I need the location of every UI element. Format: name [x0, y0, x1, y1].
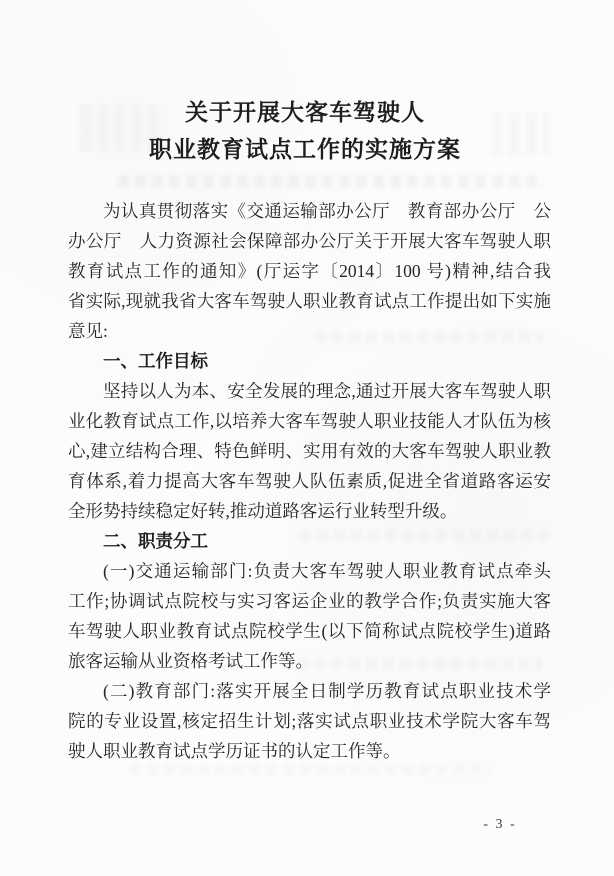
paragraph-line: 业化教育试点工作,以培养大客车驾驶人职业技能人才队伍为核: [68, 406, 551, 436]
paragraph-line: (一)交通运输部门:负责大客车驾驶人职业教育试点牵头: [68, 556, 551, 586]
paragraph-line: 教育试点工作的通知》(厅运字〔2014〕100 号)精神,结合我: [68, 256, 551, 286]
document-title-line: 职业教育试点工作的实施方案: [64, 131, 546, 168]
scan-artifact: [118, 175, 544, 188]
paragraph-line: 省实际,现就我省大客车驾驶人职业教育试点工作提出如下实施: [68, 286, 551, 316]
paragraph-line: 旅客运输从业资格考试工作等。: [68, 646, 551, 676]
paragraph-line: 驶人职业教育试点学历证书的认定工作等。: [68, 736, 551, 766]
paragraph-line: 心,建立结构合理、特色鲜明、实用有效的大客车驾驶人职业教: [68, 436, 551, 466]
paragraph-line: 工作;协调试点院校与实习客运企业的教学合作;负责实施大客: [68, 586, 551, 616]
paragraph-line: 办公厅 人力资源社会保障部办公厅关于开展大客车驾驶人职业: [68, 226, 551, 256]
document-title: 关于开展大客车驾驶人 职业教育试点工作的实施方案: [64, 94, 546, 168]
scanned-page: 关于开展大客车驾驶人 职业教育试点工作的实施方案 为认真贯彻落实《交通运输部办公…: [0, 0, 614, 876]
paragraph-line: 院的专业设置,核定招生计划;落实试点职业技术学院大客车驾: [68, 706, 551, 736]
paragraph-line: 坚持以人为本、安全发展的理念,通过开展大客车驾驶人职: [68, 376, 551, 406]
section-heading: 一、工作目标: [68, 346, 551, 376]
page-number: - 3 -: [458, 817, 542, 833]
section-heading: 二、职责分工: [68, 526, 551, 556]
document-body: 为认真贯彻落实《交通运输部办公厅 教育部办公厅 公安部 办公厅 人力资源社会保障…: [68, 196, 551, 766]
paragraph-line: 车驾驶人职业教育试点院校学生(以下简称试点院校学生)道路: [68, 616, 551, 646]
paragraph-line: (二)教育部门:落实开展全日制学历教育试点职业技术学: [68, 676, 551, 706]
document-title-line: 关于开展大客车驾驶人: [64, 94, 546, 131]
paragraph-line: 全形势持续稳定好转,推动道路客运行业转型升级。: [68, 496, 551, 526]
paragraph-line: 育体系,着力提高大客车驾驶人队伍素质,促进全省道路客运安: [68, 466, 551, 496]
paragraph-line: 意见:: [68, 316, 551, 346]
paragraph-line: 为认真贯彻落实《交通运输部办公厅 教育部办公厅 公安部: [68, 196, 551, 226]
